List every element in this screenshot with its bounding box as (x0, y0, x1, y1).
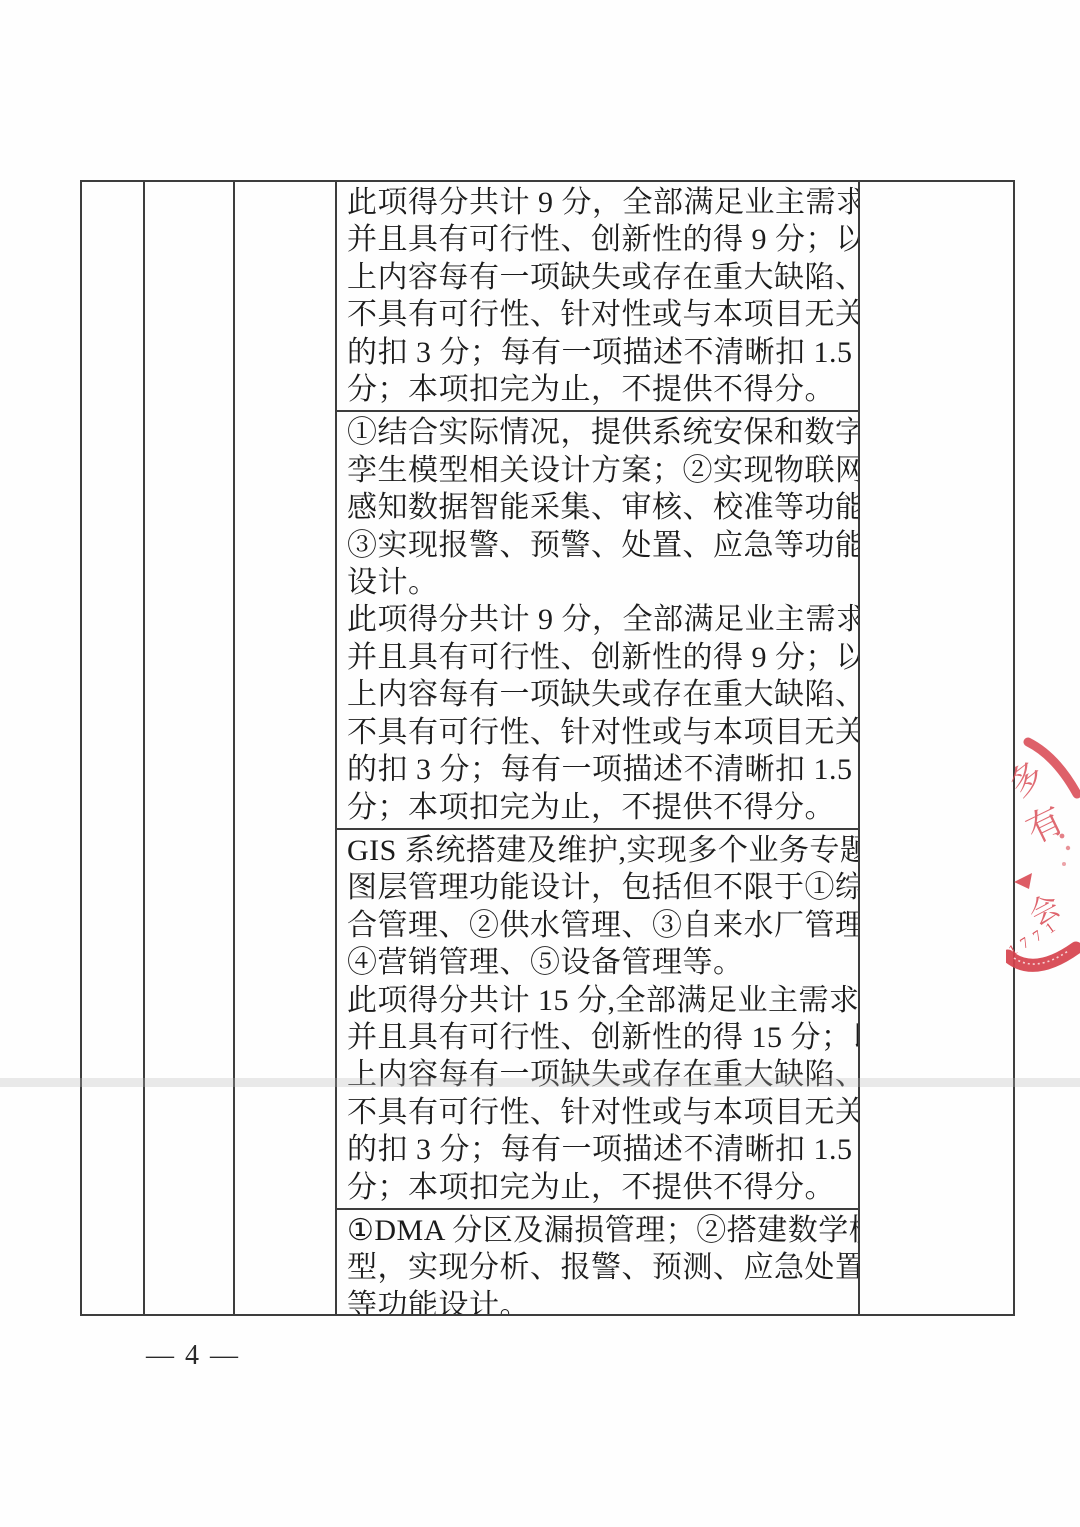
table-column-empty-2 (145, 182, 235, 1314)
criteria-text-column: 此项得分共计 9 分，全部满足业主需求， 并且具有可行性、创新性的得 9 分；以… (337, 182, 860, 1314)
text-line: 不具有可行性、针对性或与本项目无关 (337, 714, 858, 751)
text-line: ④营销管理、⑤设备管理等。 (337, 944, 858, 981)
text-line: GIS 系统搭建及维护,实现多个业务专题 (337, 832, 858, 869)
table-column-empty-3 (235, 182, 337, 1314)
text-line: 分；本项扣完为止，不提供不得分。 (337, 371, 858, 408)
text-line: 孪生模型相关设计方案；②实现物联网 (337, 452, 858, 489)
text-line: 上内容每有一项缺失或存在重大缺陷、 (337, 259, 858, 296)
text-line: 不具有可行性、针对性或与本项目无关 (337, 296, 858, 333)
criteria-cell-4: ①DMA 分区及漏损管理；②搭建数学模 型，实现分析、报警、预测、应急处置 等功… (337, 1210, 858, 1314)
text-line: 此项得分共计 15 分,全部满足业主需求， (337, 982, 858, 1019)
page-number: — 4 — (128, 1340, 258, 1372)
svg-text:7: 7 (1018, 935, 1033, 953)
criteria-cell-1: 此项得分共计 9 分，全部满足业主需求， 并且具有可行性、创新性的得 9 分；以… (337, 182, 858, 412)
svg-text:有: 有 (1020, 799, 1070, 851)
text-line: 上内容每有一项缺失或存在重大缺陷、 (337, 1056, 858, 1093)
official-seal-stamp-icon: 多 有 会 1 7 7 1 (1006, 736, 1080, 980)
svg-text:1: 1 (1043, 920, 1058, 937)
text-line: 等功能设计。 (337, 1287, 858, 1314)
text-line: 图层管理功能设计，包括但不限于①综 (337, 869, 858, 906)
text-line: 并且具有可行性、创新性的得 9 分；以 (337, 639, 858, 676)
text-line: ③实现报警、预警、处置、应急等功能 (337, 527, 858, 564)
table-column-empty-1 (82, 182, 145, 1314)
text-line: 的扣 3 分；每有一项描述不清晰扣 1.5 (337, 1131, 858, 1168)
text-line: 此项得分共计 9 分，全部满足业主需求， (337, 184, 858, 221)
svg-text:会: 会 (1024, 889, 1066, 932)
text-line: 型，实现分析、报警、预测、应急处置 (337, 1249, 858, 1286)
text-line: 此项得分共计 9 分，全部满足业主需求， (337, 601, 858, 638)
text-line: 上内容每有一项缺失或存在重大缺陷、 (337, 676, 858, 713)
svg-text:7: 7 (1030, 928, 1046, 946)
text-line: 分；本项扣完为止，不提供不得分。 (337, 1169, 858, 1206)
text-line: ①结合实际情况，提供系统安保和数字 (337, 414, 858, 451)
criteria-cell-3: GIS 系统搭建及维护,实现多个业务专题 图层管理功能设计，包括但不限于①综 合… (337, 830, 858, 1210)
text-line: 分；本项扣完为止，不提供不得分。 (337, 789, 858, 826)
text-line: ①DMA 分区及漏损管理；②搭建数学模 (337, 1212, 858, 1249)
text-line: 的扣 3 分；每有一项描述不清晰扣 1.5 (337, 751, 858, 788)
text-line: 感知数据智能采集、审核、校准等功能; (337, 489, 858, 526)
text-line: 的扣 3 分；每有一项描述不清晰扣 1.5 (337, 334, 858, 371)
criteria-table: 此项得分共计 9 分，全部满足业主需求， 并且具有可行性、创新性的得 9 分；以… (80, 180, 1015, 1316)
table-column-empty-right (860, 182, 1013, 1314)
text-line: 并且具有可行性、创新性的得 9 分；以 (337, 221, 858, 258)
text-line: 并且具有可行性、创新性的得 15 分；以 (337, 1019, 858, 1056)
text-line: 合管理、②供水管理、③自来水厂管理、 (337, 907, 858, 944)
criteria-cell-2: ①结合实际情况，提供系统安保和数字 孪生模型相关设计方案；②实现物联网 感知数据… (337, 412, 858, 829)
text-line: 不具有可行性、针对性或与本项目无关 (337, 1094, 858, 1131)
document-page: 此项得分共计 9 分，全部满足业主需求， 并且具有可行性、创新性的得 9 分；以… (0, 0, 1080, 1527)
text-line: 设计。 (337, 564, 858, 601)
